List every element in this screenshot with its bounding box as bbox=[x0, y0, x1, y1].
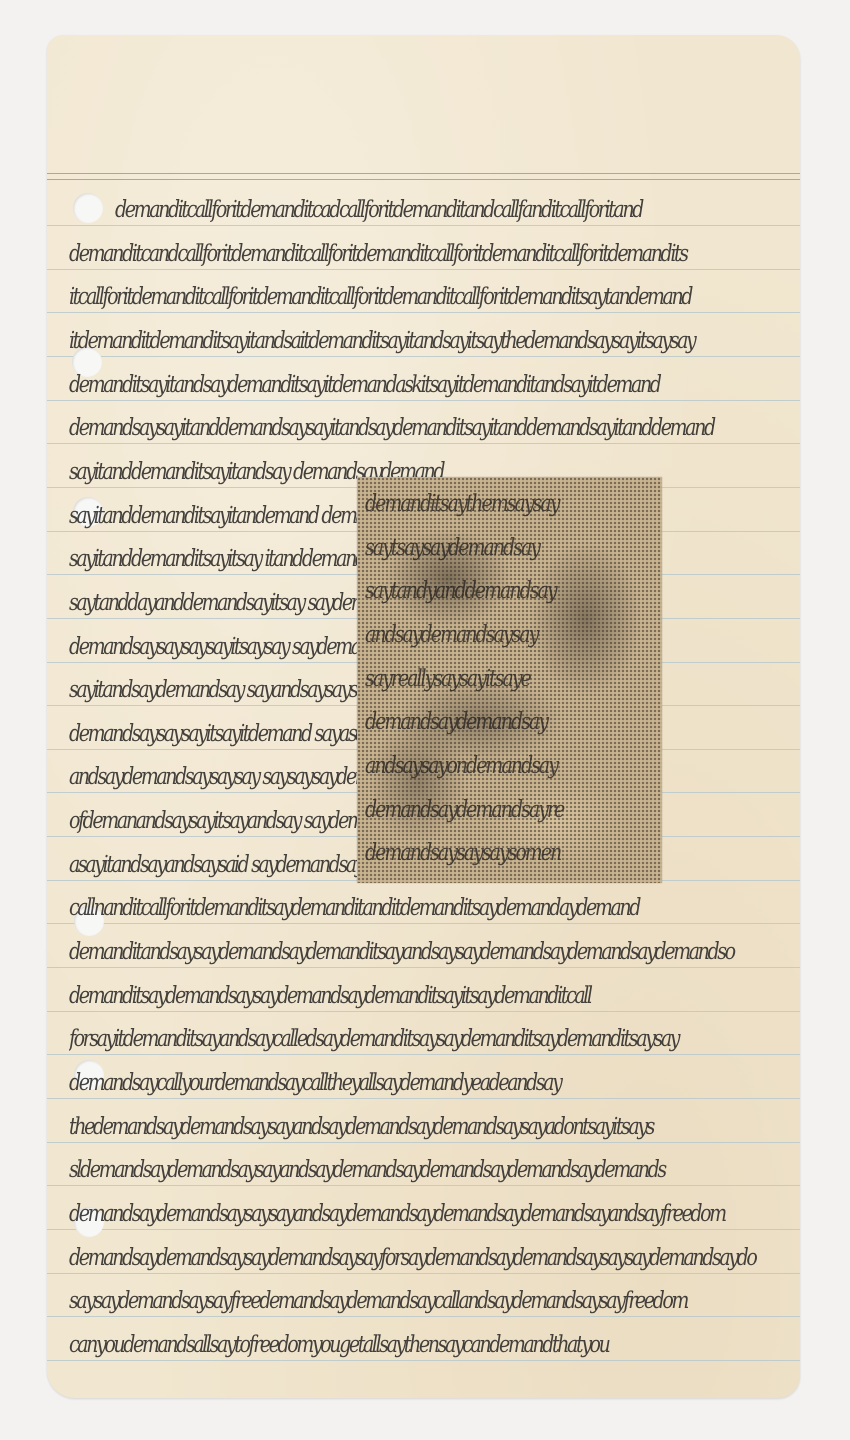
handwritten-line: demanditsaydemandsaysaydemandsaydemandit… bbox=[69, 981, 786, 1009]
handwritten-line: itcallforitdemanditcallforitdemanditcall… bbox=[69, 283, 786, 311]
ruled-line bbox=[47, 1273, 800, 1274]
ruled-line bbox=[47, 269, 800, 270]
handwritten-line: demanditandsaysaydemandsaydemanditsayand… bbox=[69, 938, 786, 966]
punch-hole bbox=[73, 193, 103, 223]
ruled-line bbox=[47, 1316, 800, 1317]
handwritten-line: callnanditcallforitdemanditsaydemanditan… bbox=[69, 894, 786, 922]
handwritten-line: itdemanditdemanditsayitandsaitdemanditsa… bbox=[69, 326, 786, 354]
handwritten-line: demanditcandcallforitdemanditcallforitde… bbox=[69, 239, 786, 267]
ruled-line bbox=[47, 1185, 800, 1186]
photo-handwritten-line: saytsaysaydemandsay bbox=[365, 533, 656, 561]
ruled-line bbox=[47, 1098, 800, 1099]
handwritten-line: sldemandsaydemandsaysayandsaydemandsayde… bbox=[69, 1156, 786, 1184]
handwritten-line: demandsaydemandsaysaydemandsaysayforsayd… bbox=[69, 1243, 786, 1271]
handwritten-line: canyoudemandsallsaytofreedomyougetallsay… bbox=[69, 1330, 786, 1358]
handwritten-line: demandsaydemandsaysaysayandsaydemandsayd… bbox=[69, 1199, 786, 1227]
ruled-line bbox=[47, 443, 800, 444]
handwritten-line: demanditcallforitdemanditcadcallforitdem… bbox=[115, 196, 786, 224]
handwritten-line: forsayitdemanditsayandsaycalledsaydemand… bbox=[69, 1025, 786, 1053]
ruled-line bbox=[47, 967, 800, 968]
photo-handwritten-line: demandsaydemandsay bbox=[365, 708, 656, 736]
notepaper: demanditcallforitdemanditcadcallforitdem… bbox=[47, 35, 800, 1398]
ruled-line bbox=[47, 1011, 800, 1012]
photo-handwritten-line: andsaydemandsaysay bbox=[365, 620, 656, 648]
ruled-line bbox=[47, 1360, 800, 1361]
margin-line-bottom bbox=[47, 179, 800, 180]
handwritten-line: thedemandsaydemandsaysayandsaydemandsayd… bbox=[69, 1112, 786, 1140]
ruled-line bbox=[47, 400, 800, 401]
margin-line-top bbox=[47, 173, 800, 174]
ruled-line bbox=[47, 1229, 800, 1230]
handwritten-line: demanditsayitandsaydemanditsayitdemandas… bbox=[69, 370, 786, 398]
handwritten-line: demandsaysayitanddemandsaysayitandsaydem… bbox=[69, 414, 786, 442]
ruled-line bbox=[47, 1054, 800, 1055]
photo-handwritten-line: demandsaydemandsayre bbox=[365, 795, 656, 823]
photo-handwritten-line: demandsaysaysaysomen bbox=[365, 839, 656, 867]
halftone-photo-collage: demanditsaythemsaysaysaytsaysaydemandsay… bbox=[357, 477, 662, 883]
photo-handwritten-line: saytandyanddemandsay bbox=[365, 577, 656, 605]
handwritten-line: demandsaycallyourdemandsaycalltheyallsay… bbox=[69, 1069, 786, 1097]
ruled-line bbox=[47, 1142, 800, 1143]
ruled-line bbox=[47, 225, 800, 226]
handwritten-line: saysaydemandsaysayfreedemandsaydemandsay… bbox=[69, 1287, 786, 1315]
photo-handwritten-line: demanditsaythemsaysay bbox=[365, 490, 656, 518]
ruled-line bbox=[47, 356, 800, 357]
photo-handwritten-line: andsaysayondemandsay bbox=[365, 751, 656, 779]
photo-handwritten-line: sayreallysaysayitsaye bbox=[365, 664, 656, 692]
ruled-line bbox=[47, 923, 800, 924]
ruled-line bbox=[47, 312, 800, 313]
